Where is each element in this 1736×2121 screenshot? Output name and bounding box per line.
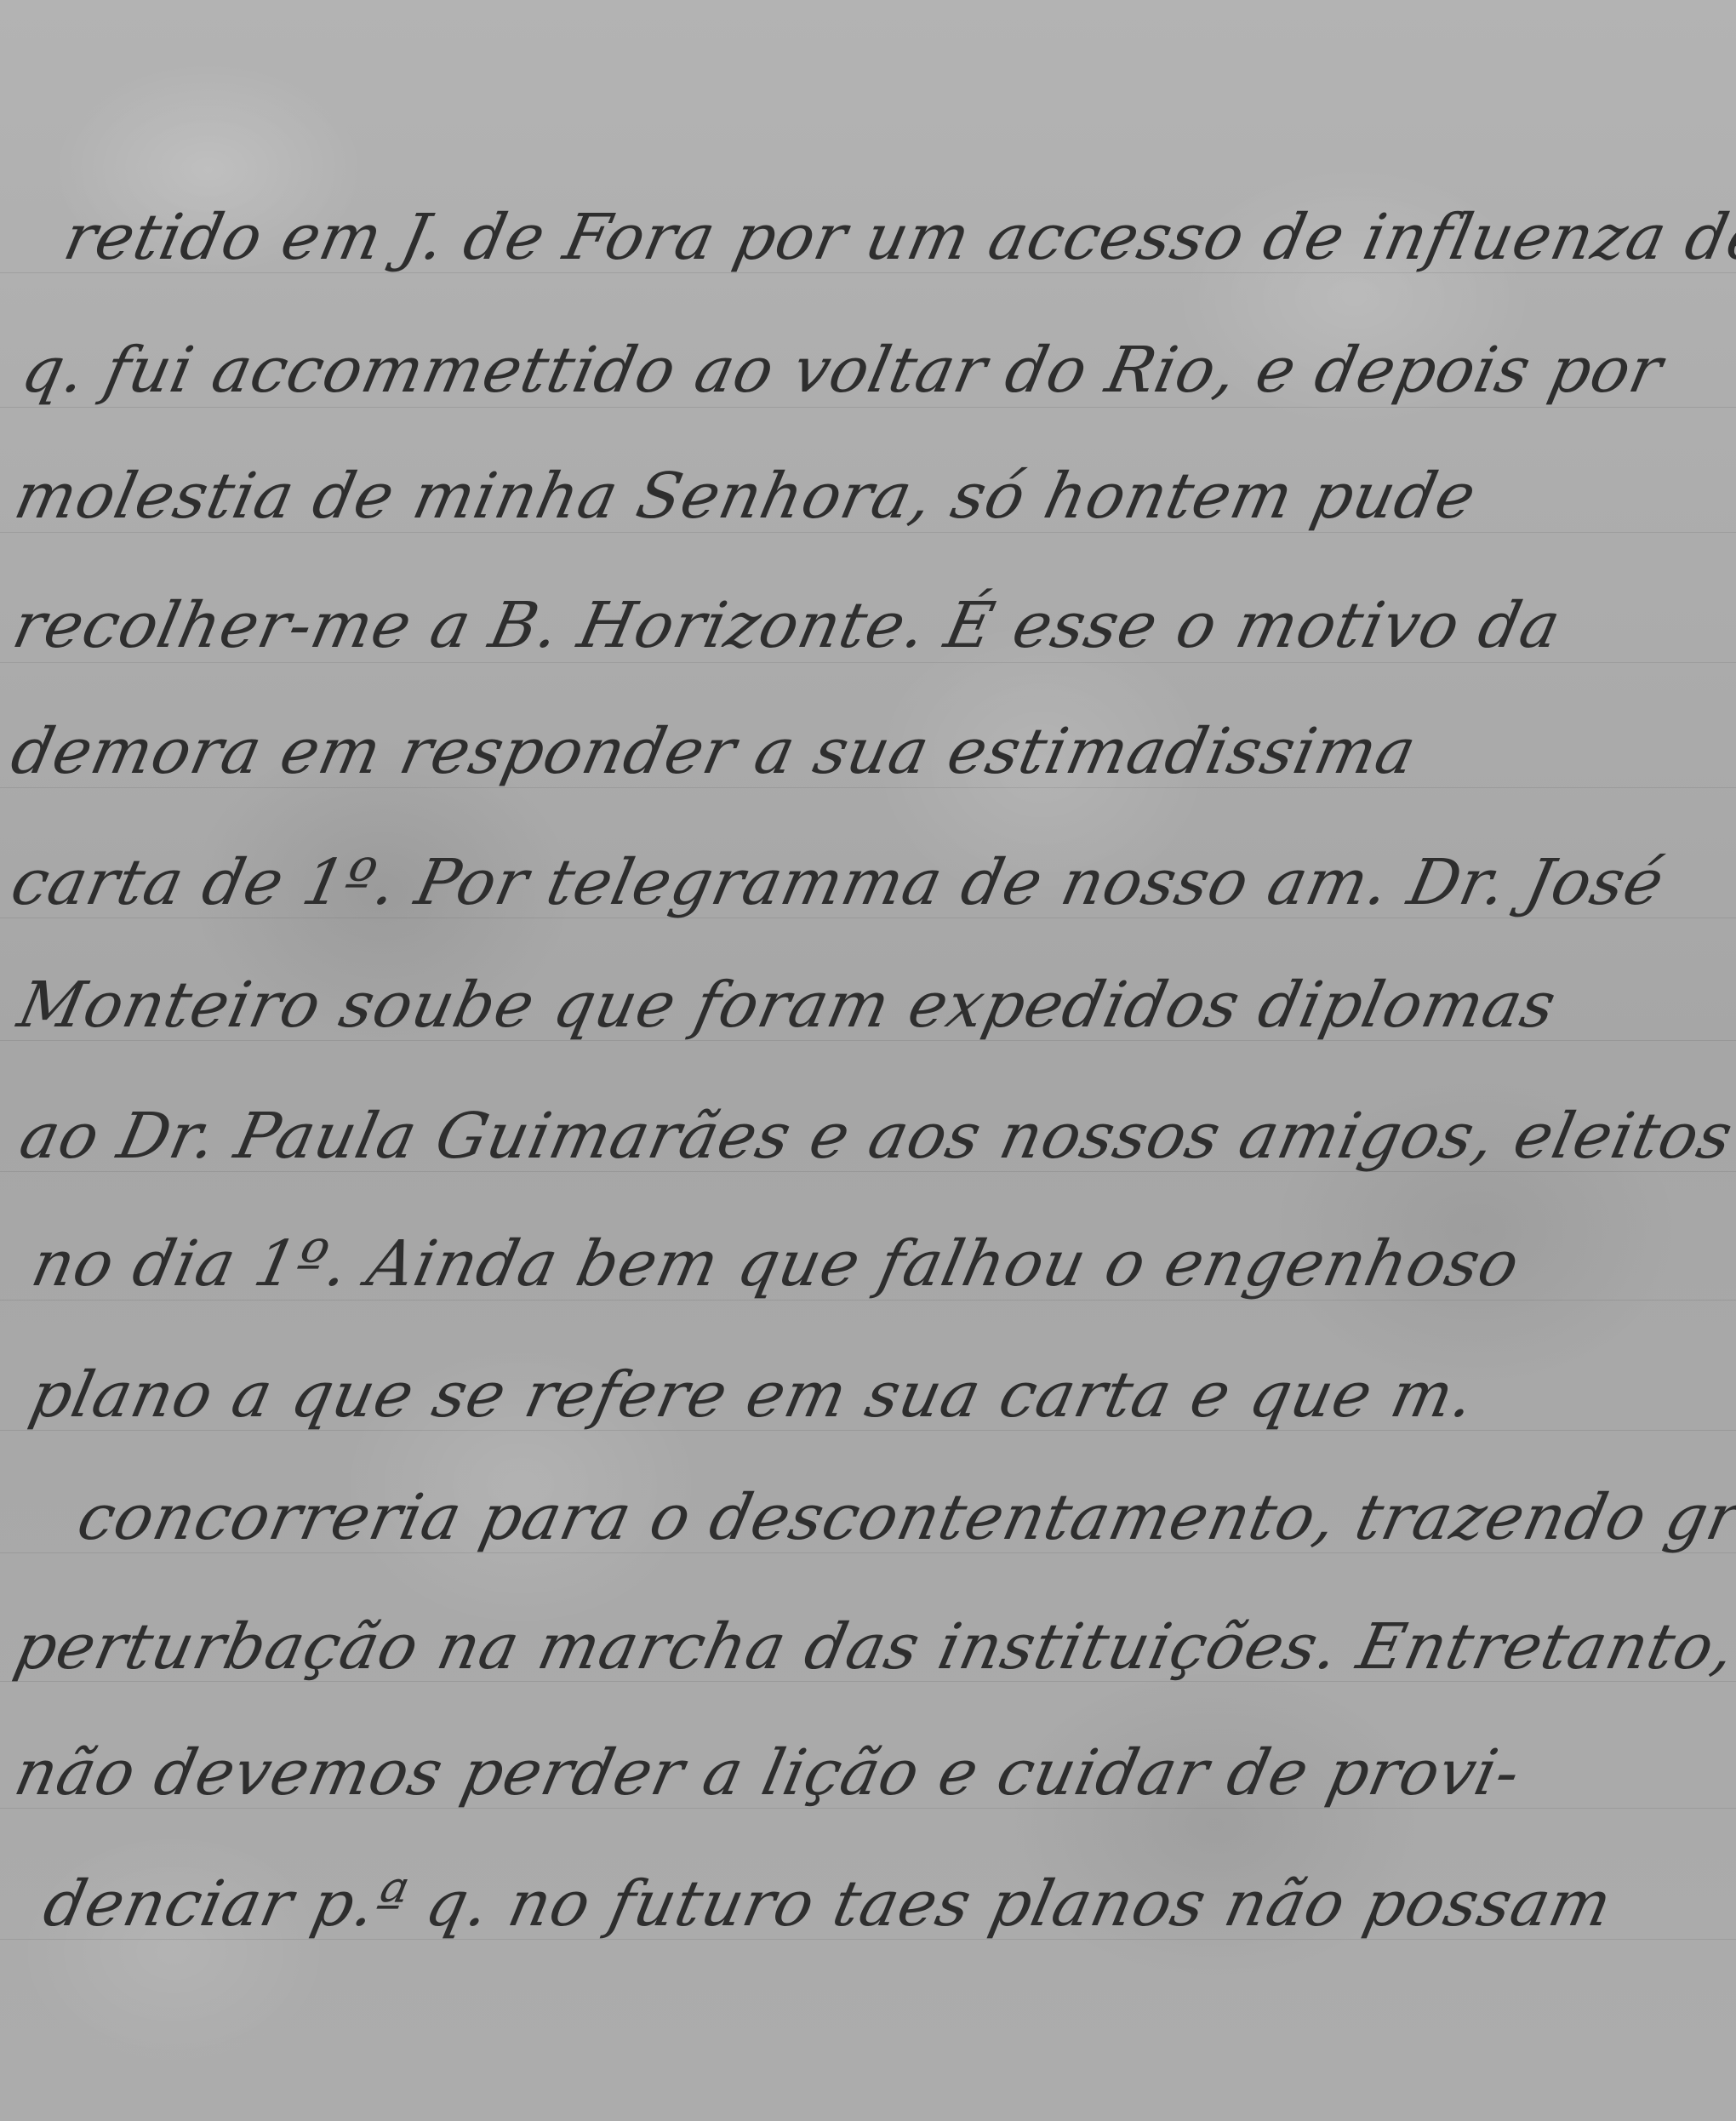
ruled-line xyxy=(0,662,1736,663)
handwritten-line: perturbação na marcha das instituições. … xyxy=(9,1610,1736,1684)
handwritten-line: plano a que se refere em sua carta e que… xyxy=(24,1358,1736,1432)
handwritten-line: q. fui accommettido ao voltar do Rio, e … xyxy=(15,334,1736,407)
handwritten-line: Monteiro soube que foram expedidos diplo… xyxy=(12,969,1736,1042)
handwritten-line: no dia 1º. Ainda bem que falhou o engenh… xyxy=(26,1227,1736,1301)
handwritten-line: demora em responder a sua estimadissima xyxy=(5,715,1736,788)
ruled-line xyxy=(0,407,1736,408)
handwritten-line: recolher-me a B. Horizonte. É esse o mot… xyxy=(7,589,1736,662)
handwritten-line: molestia de minha Senhora, só hontem pud… xyxy=(9,460,1736,533)
handwritten-line: concorreria para o descontentamento, tra… xyxy=(71,1481,1736,1554)
handwritten-line: ao Dr. Paula Guimarães e aos nossos amig… xyxy=(14,1100,1736,1173)
handwritten-line: carta de 1º. Por telegramma de nosso am.… xyxy=(5,846,1736,919)
letter-page: retido em J. de Fora por um accesso de i… xyxy=(0,0,1736,2121)
handwritten-line: retido em J. de Fora por um accesso de i… xyxy=(58,201,1736,274)
handwritten-line: denciar p.ª q. no futuro taes planos não… xyxy=(37,1867,1736,1941)
handwritten-line: não devemos perder a lição e cuidar de p… xyxy=(9,1736,1736,1809)
